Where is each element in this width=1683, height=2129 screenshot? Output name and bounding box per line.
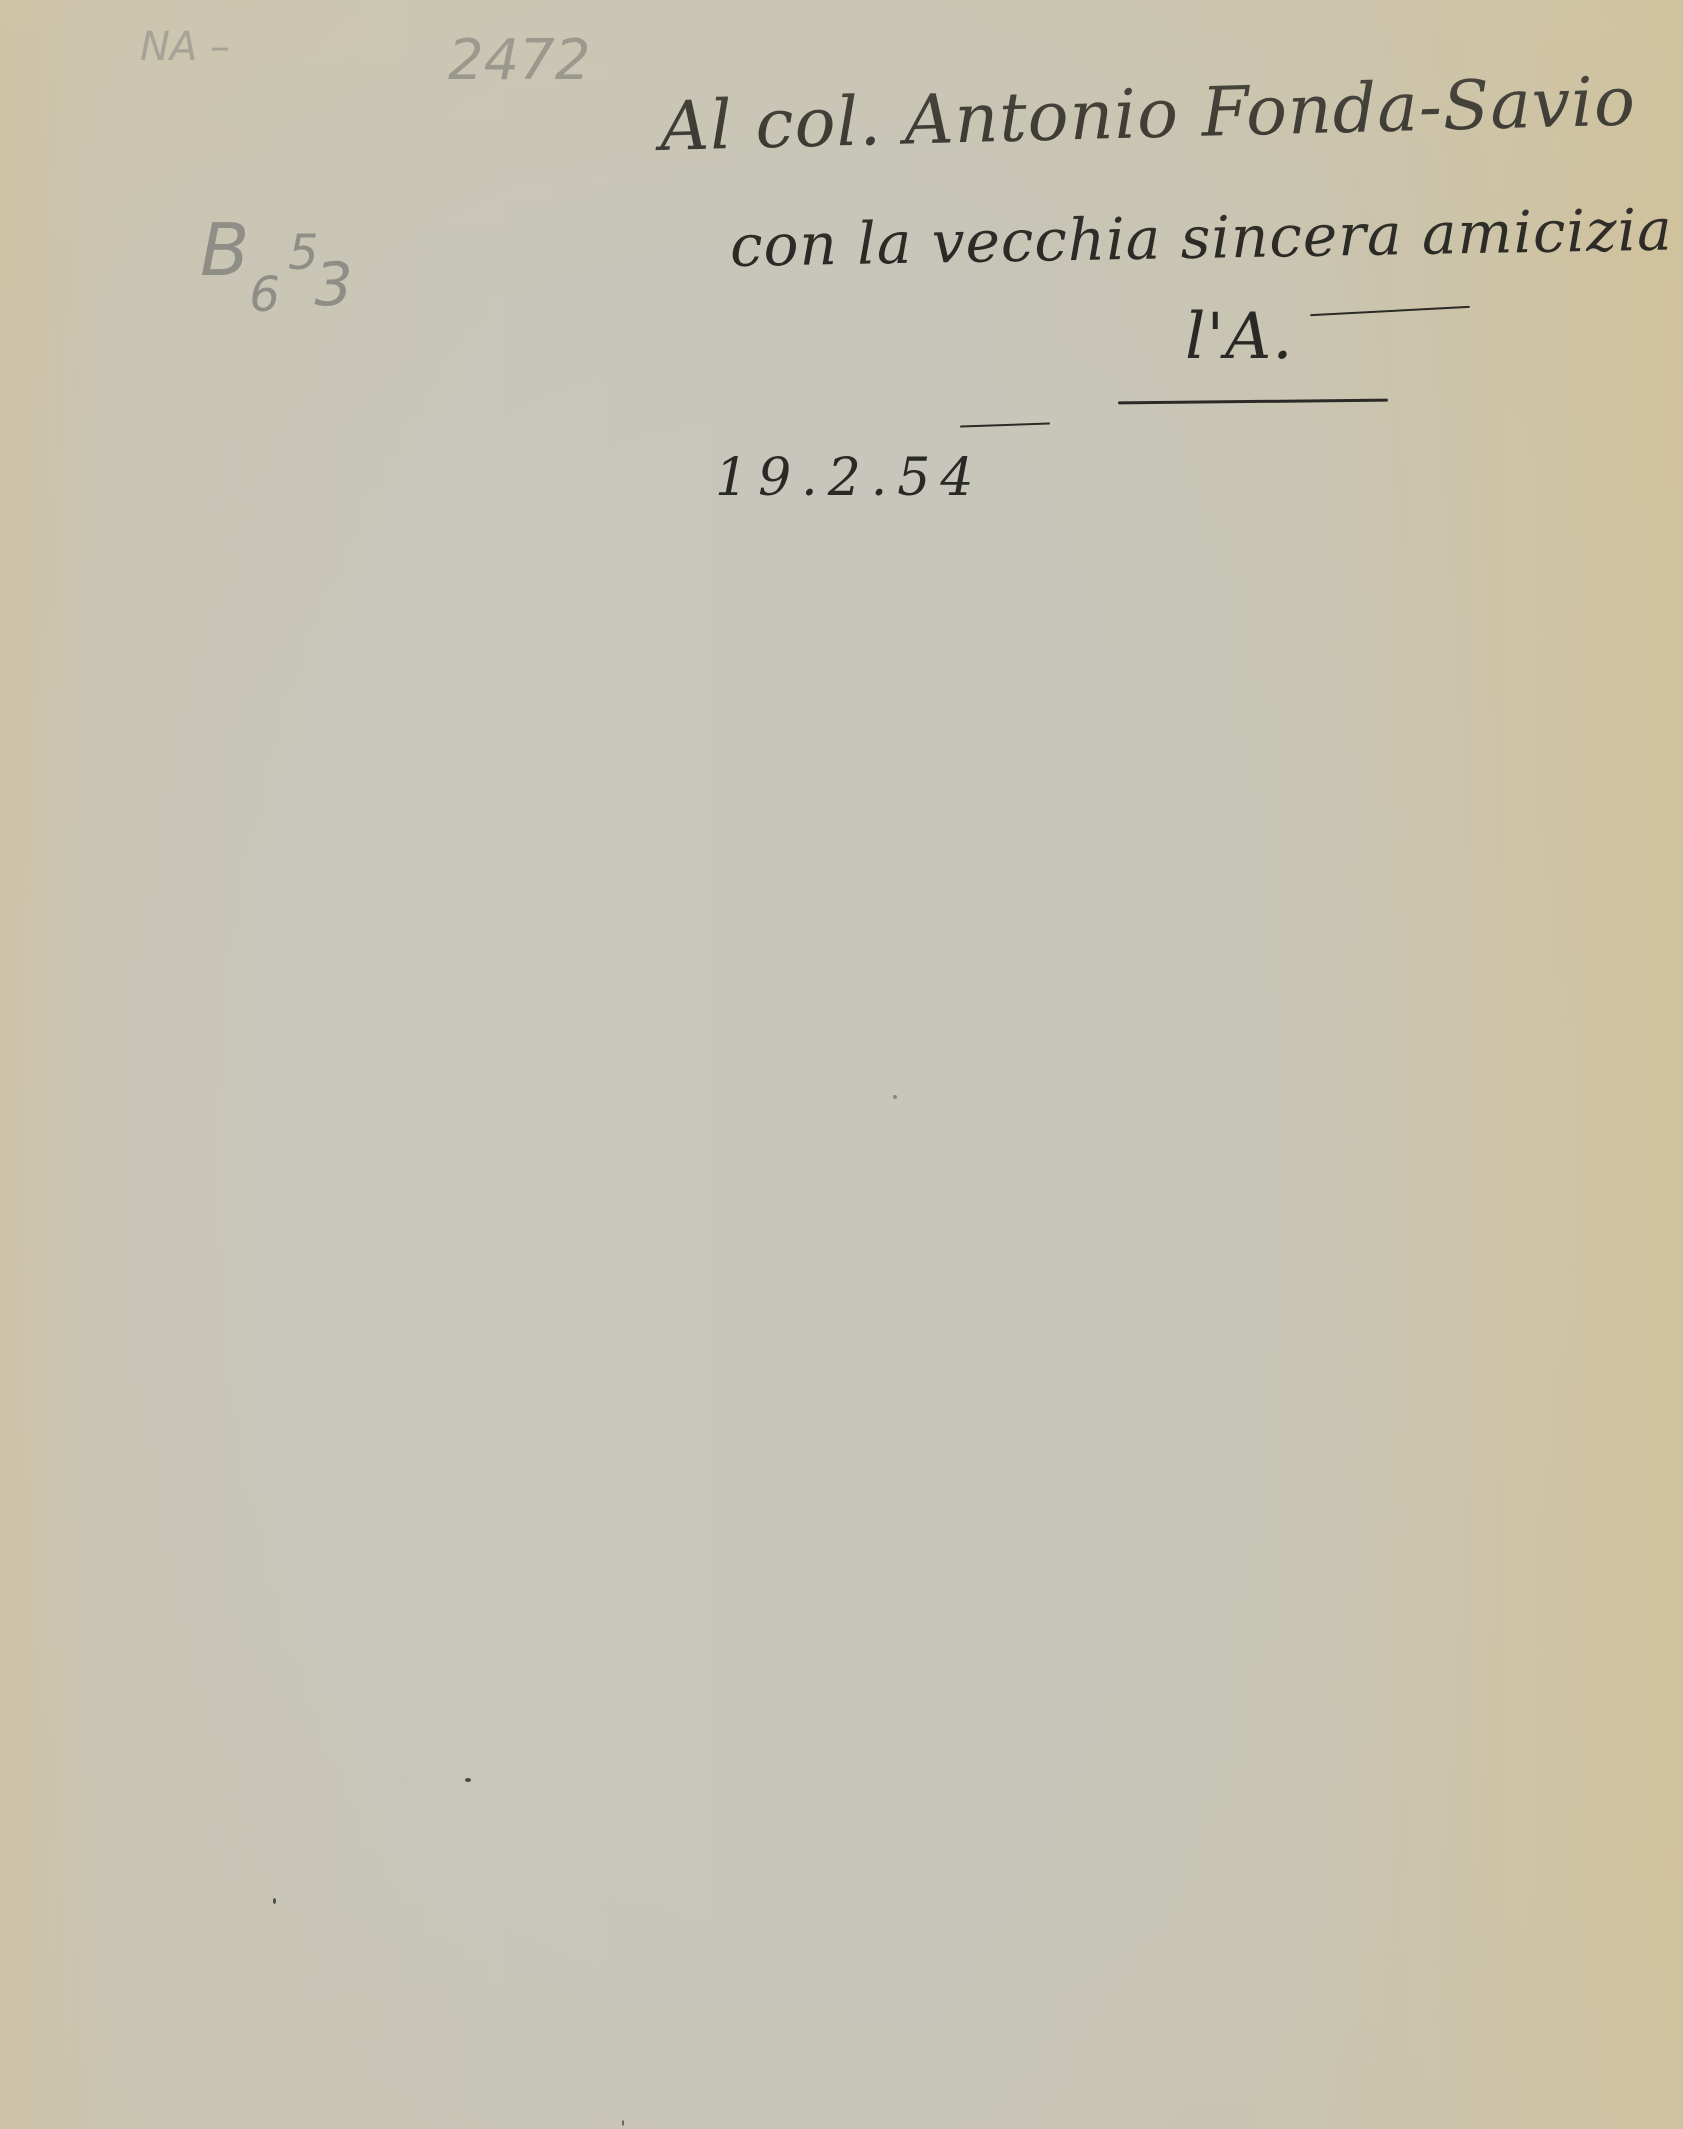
shelfmark-superscript: 5: [288, 225, 319, 281]
signature-overline: [1310, 306, 1470, 316]
dedication-date: 19.2.54: [715, 448, 983, 508]
signature-underline: [1118, 399, 1388, 405]
shelfmark: B653: [200, 208, 353, 292]
flyleaf-page: NA – 2472 B653 Al col. Antonio Fonda-Sav…: [0, 0, 1683, 2129]
dedication-line-1: Al col. Antonio Fonda-Savio: [659, 62, 1637, 167]
accession-number: 2472: [448, 28, 591, 93]
shelfmark-subscript: 6: [249, 267, 280, 323]
shelfmark-number: 3: [315, 250, 353, 320]
dedication-line-2: con la vecchia sincera amicizia: [729, 196, 1673, 280]
paper-speck: [465, 1778, 471, 1782]
date-overline: [960, 422, 1050, 427]
dedication-signature: l'A.: [1185, 300, 1294, 374]
paper-speck: [622, 2120, 624, 2126]
paper-speck: [893, 1095, 897, 1099]
pencil-mark-illegible: NA –: [140, 24, 230, 70]
shelfmark-letter: B: [200, 208, 249, 292]
paper-speck: [273, 1898, 276, 1904]
